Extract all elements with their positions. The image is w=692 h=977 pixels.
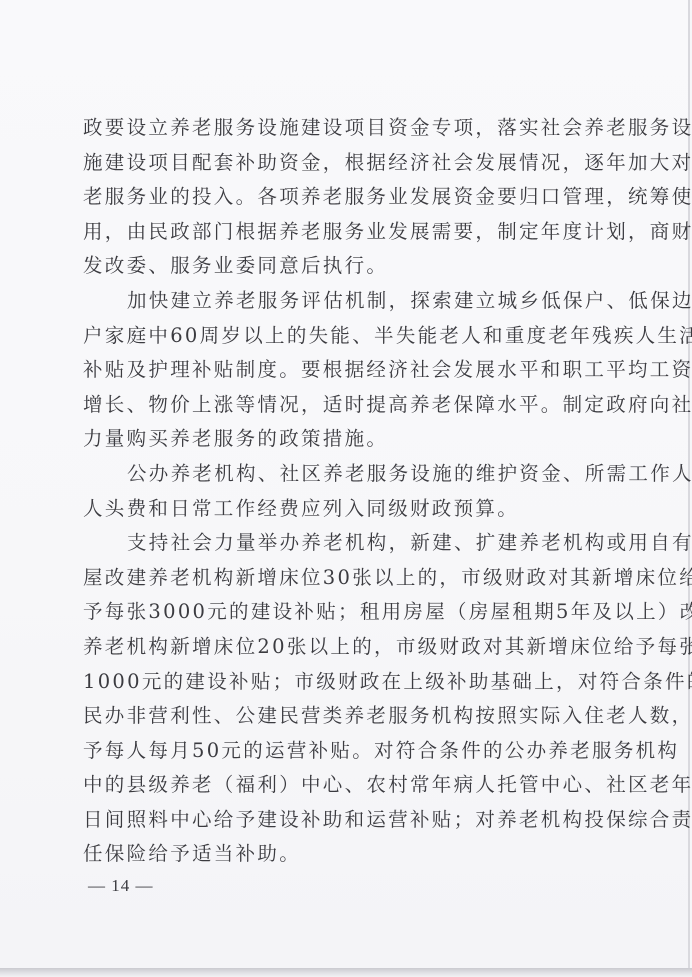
text-line: 老服务业的投入。各项养老服务业发展资金要归口管理，统筹使 xyxy=(83,180,595,215)
text-line: 户家庭中60周岁以上的失能、半失能老人和重度老年残疾人生活 xyxy=(83,319,595,354)
text-line: 予每人每月50元的运营补贴。对符合条件的公办养老服务机构 xyxy=(83,734,595,769)
scan-bottom-edge xyxy=(0,968,692,977)
text-line: 用，由民政部门根据养老服务业发展需要，制定年度计划，商财政、 xyxy=(83,215,595,250)
text-line: 增长、物价上涨等情况，适时提高养老保障水平。制定政府向社会 xyxy=(83,388,595,423)
text-line: 补贴及护理补贴制度。要根据经济社会发展水平和职工平均工资 xyxy=(83,353,595,388)
paragraph-4: 支持社会力量举办养老机构，新建、扩建养老机构或用自有房 屋改建养老机构新增床位3… xyxy=(83,526,595,872)
paragraph-2: 加快建立养老服务评估机制，探索建立城乡低保户、低保边缘 户家庭中60周岁以上的失… xyxy=(83,284,595,457)
text-line: 予每张3000元的建设补贴；租用房屋（房屋租期5年及以上）改建 xyxy=(83,595,595,630)
paragraph-1: 政要设立养老服务设施建设项目资金专项，落实社会养老服务设 施建设项目配套补助资金… xyxy=(83,111,595,284)
text-line: 民办非营利性、公建民营类养老服务机构按照实际入住老人数，给 xyxy=(83,699,595,734)
paragraph-3: 公办养老机构、社区养老服务设施的维护资金、所需工作人员 人头费和日常工作经费应列… xyxy=(83,457,595,526)
text-line: 1000元的建设补贴；市级财政在上级补助基础上，对符合条件的 xyxy=(83,665,595,700)
text-line: 屋改建养老机构新增床位30张以上的，市级财政对其新增床位给 xyxy=(83,561,595,596)
document-body: 政要设立养老服务设施建设项目资金专项，落实社会养老服务设 施建设项目配套补助资金… xyxy=(83,111,595,872)
text-line: 人头费和日常工作经费应列入同级财政预算。 xyxy=(83,492,595,527)
page-number: — 14 — xyxy=(88,876,154,896)
text-line: 中的县级养老（福利）中心、农村常年病人托管中心、社区老年人 xyxy=(83,768,595,803)
text-line: 日间照料中心给予建设补助和运营补贴；对养老机构投保综合责 xyxy=(83,803,595,838)
text-line: 支持社会力量举办养老机构，新建、扩建养老机构或用自有房 xyxy=(83,526,595,561)
document-page: 政要设立养老服务设施建设项目资金专项，落实社会养老服务设 施建设项目配套补助资金… xyxy=(0,0,690,968)
text-line: 加快建立养老服务评估机制，探索建立城乡低保户、低保边缘 xyxy=(83,284,595,319)
text-line: 任保险给予适当补助。 xyxy=(83,837,595,872)
text-line: 养老机构新增床位20张以上的，市级财政对其新增床位给予每张 xyxy=(83,630,595,665)
text-line: 政要设立养老服务设施建设项目资金专项，落实社会养老服务设 xyxy=(83,111,595,146)
text-line: 发改委、服务业委同意后执行。 xyxy=(83,249,595,284)
text-line: 力量购买养老服务的政策措施。 xyxy=(83,422,595,457)
text-line: 施建设项目配套补助资金，根据经济社会发展情况，逐年加大对养 xyxy=(83,146,595,181)
text-line: 公办养老机构、社区养老服务设施的维护资金、所需工作人员 xyxy=(83,457,595,492)
